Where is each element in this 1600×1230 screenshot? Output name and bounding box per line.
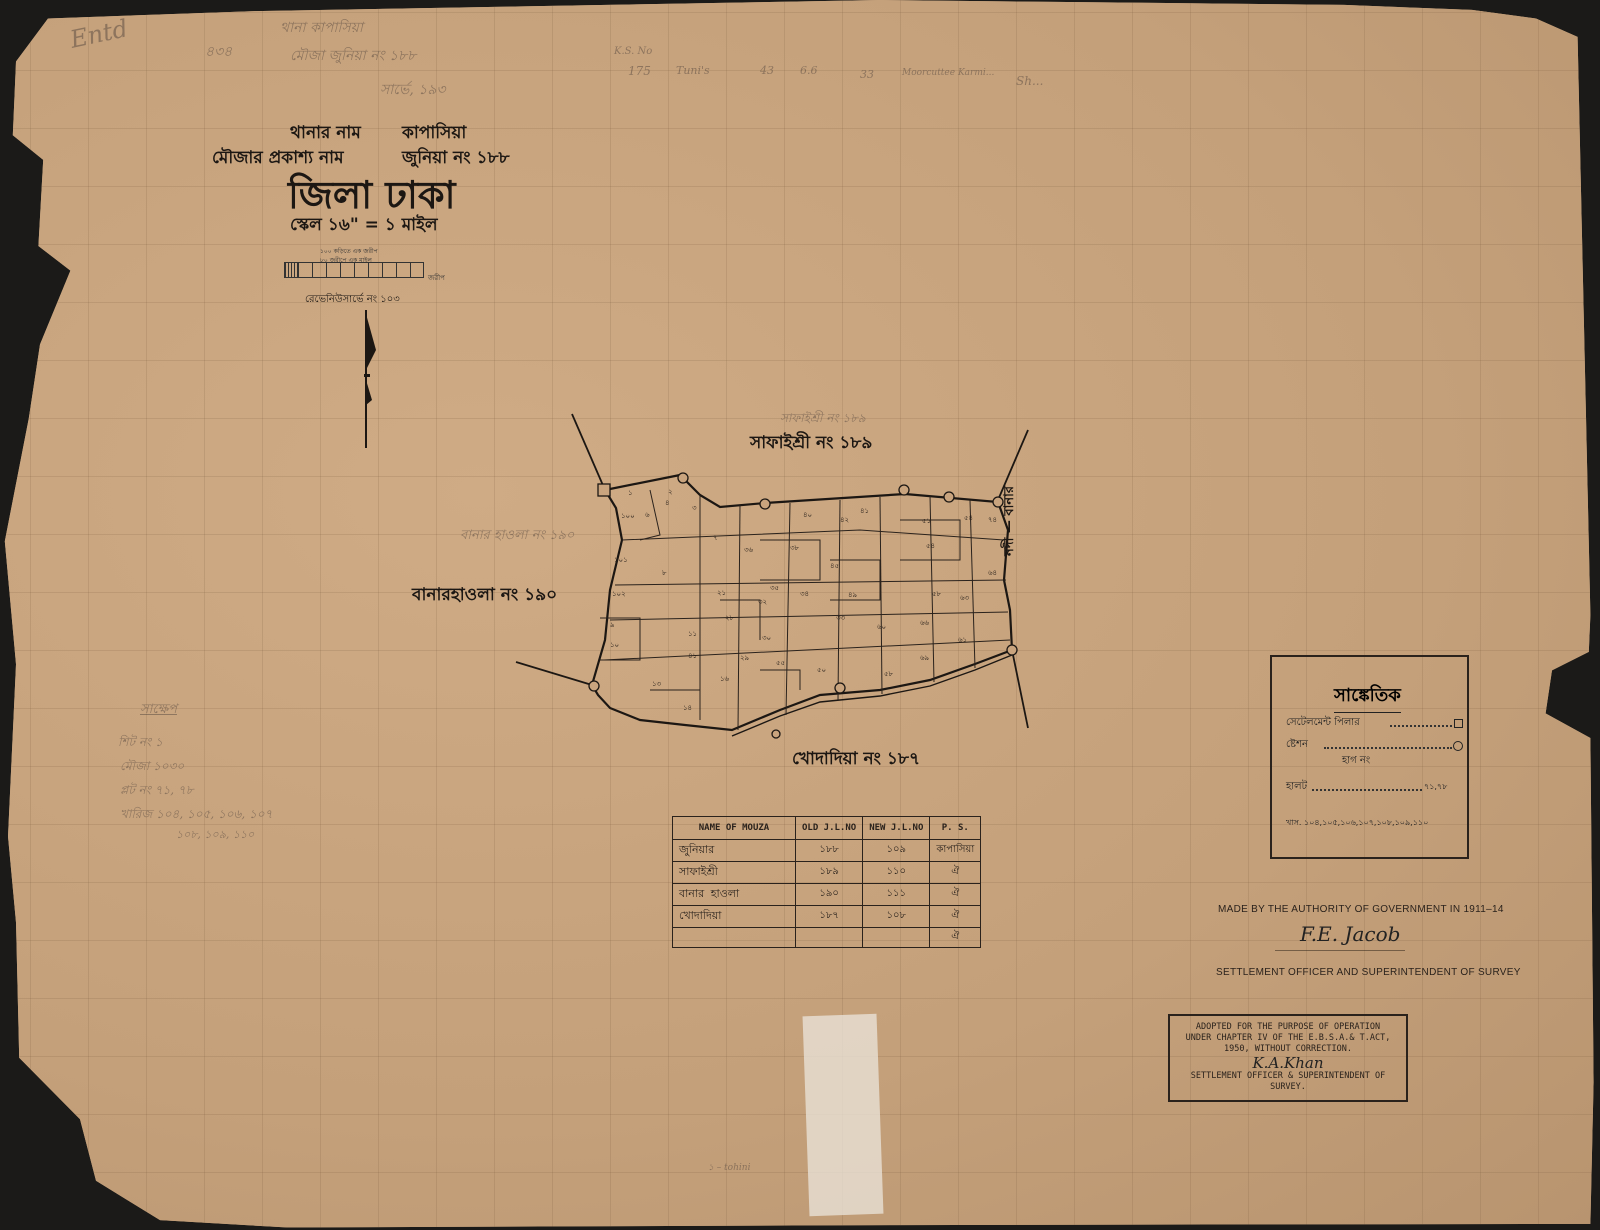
svg-text:১০১: ১০১ <box>614 556 628 564</box>
neighbor-south: খোদাদিয়া নং ১৮৭ <box>792 746 920 774</box>
svg-text:৬: ৬ <box>645 511 650 519</box>
cell-ps: ঐ <box>930 906 981 928</box>
pencil-north-neighbor: সাফাইশ্রী নং ১৮৯ <box>780 410 866 430</box>
cell-old: ১৮৮ <box>796 840 863 862</box>
svg-text:১৩: ১৩ <box>652 680 662 688</box>
table-row: বানার হাওলা ১৯০ ১১১ ঐ <box>673 884 981 906</box>
svg-text:২৮: ২৮ <box>725 614 735 622</box>
settlement-officer-signature: F.E. Jacob <box>1300 922 1400 946</box>
table-header-row: NAME OF MOUZA OLD J.L.NO NEW J.L.NO P. S… <box>673 817 981 840</box>
svg-text:৭: ৭ <box>713 534 718 542</box>
svg-text:৬৪: ৬৪ <box>988 569 997 577</box>
svg-text:৬১: ৬১ <box>958 636 967 644</box>
svg-text:১৬: ১৬ <box>720 675 730 683</box>
header-ps: P. S. <box>930 817 981 840</box>
cell-new: ১১০ <box>863 862 930 884</box>
legend-halot: হালট <box>1286 779 1307 796</box>
pencil-left-line2: মৌজা ১০৩০ <box>120 758 184 778</box>
svg-text:৫৪: ৫৪ <box>926 542 935 550</box>
svg-text:১০২: ১০২ <box>612 590 626 598</box>
stamp-line-5: SURVEY. <box>1170 1082 1406 1093</box>
cell-new: ১০৮ <box>863 906 930 928</box>
cell-name: বানার হাওলা <box>673 884 796 906</box>
settlement-officer-title: SETTLEMENT OFFICER AND SUPERINTENDENT OF… <box>1216 967 1521 978</box>
cell-ps: কাপাসিয়া <box>930 840 981 862</box>
pencil-west-neighbor: বানার হাওলা নং ১৯০ <box>460 526 574 547</box>
svg-text:৪৫: ৪৫ <box>830 562 839 570</box>
cell-old: ১৯০ <box>796 884 863 906</box>
pencil-left-line5: ১০৮, ১০৯, ১১০ <box>176 826 254 845</box>
pencil-left-title: সাক্ষেপ <box>140 700 177 721</box>
cell-old: ১৮৭ <box>796 906 863 928</box>
pencil-left-line4: খারিজ ১০৪, ১০৫, ১০৬, ১০৭ <box>120 806 272 826</box>
station-icon <box>1453 741 1463 751</box>
svg-text:১১: ১১ <box>688 630 697 638</box>
pencil-left-line1: শিট নং ১ <box>118 734 163 754</box>
authority-statement: MADE BY THE AUTHORITY OF GOVERNMENT IN 1… <box>1218 904 1504 915</box>
svg-text:৫০: ৫০ <box>817 666 826 674</box>
table-row: সাফাইশ্রী ১৮৯ ১১০ ঐ <box>673 862 981 884</box>
cell-name <box>673 928 796 948</box>
svg-text:১: ১ <box>628 489 633 497</box>
svg-text:১০০: ১০০ <box>621 512 635 520</box>
svg-text:১০: ১০ <box>610 641 619 649</box>
cell-new <box>863 928 930 948</box>
header-new-jl: NEW J.L.NO <box>863 817 930 840</box>
svg-text:৩৩: ৩৩ <box>836 614 846 622</box>
svg-text:৪১: ৪১ <box>688 652 697 660</box>
svg-text:৫৪: ৫৪ <box>964 514 973 522</box>
svg-text:৪২: ৪২ <box>840 516 849 524</box>
pencil-bottom-note: ১ – tohini <box>708 1160 750 1175</box>
adhesive-tape <box>803 1014 884 1216</box>
cell-name: জুনিয়ার <box>673 840 796 862</box>
neighbor-east: নদী — বানার <box>1000 486 1021 556</box>
svg-text:৩: ৩ <box>692 504 697 512</box>
header-old-jl: OLD J.L.NO <box>796 817 863 840</box>
svg-text:৬৯: ৬৯ <box>920 654 930 662</box>
cell-old: ১৮৯ <box>796 862 863 884</box>
svg-text:৬০: ৬০ <box>877 623 886 631</box>
svg-text:৫৮: ৫৮ <box>932 590 942 598</box>
svg-text:২৯: ২৯ <box>740 654 750 662</box>
settlement-pillar-icon <box>1454 719 1463 728</box>
header-name: NAME OF MOUZA <box>673 817 796 840</box>
svg-text:৫৫: ৫৫ <box>776 659 785 667</box>
svg-text:৬৩: ৬৩ <box>960 594 970 602</box>
table-row: জুনিয়ার ১৮৮ ১০৯ কাপাসিয়া <box>673 840 981 862</box>
svg-text:৮: ৮ <box>662 569 667 577</box>
svg-text:৪: ৪ <box>665 499 670 507</box>
svg-text:৪৯: ৪৯ <box>848 591 858 599</box>
svg-text:১৪: ১৪ <box>683 704 692 712</box>
cell-new: ১১১ <box>863 884 930 906</box>
svg-text:৩৫: ৩৫ <box>770 584 779 592</box>
legend-settlement-pillar: সেটেলমেন্ট পিলার <box>1286 715 1360 732</box>
svg-text:৩৪: ৩৪ <box>800 590 809 598</box>
cell-ps: ঐ <box>930 928 981 948</box>
svg-text:৩৬: ৩৬ <box>744 546 754 554</box>
svg-text:৫৮: ৫৮ <box>884 670 894 678</box>
stamp-signature: K.A.Khan <box>1170 1055 1406 1071</box>
cell-new: ১০৯ <box>863 840 930 862</box>
cell-ps: ঐ <box>930 862 981 884</box>
table-row: খোদাদিয়া ১৮৭ ১০৮ ঐ <box>673 906 981 928</box>
svg-text:৯: ৯ <box>610 621 615 629</box>
svg-text:৪১: ৪১ <box>860 507 869 515</box>
svg-text:৩২: ৩২ <box>758 598 767 606</box>
legend-station-sub: হাগ নং <box>1342 753 1370 770</box>
table-row: ঐ <box>673 928 981 948</box>
neighbor-west: বানারহাওলা নং ১৯০ <box>412 582 557 610</box>
svg-text:৫১: ৫১ <box>922 517 931 525</box>
cell-name: খোদাদিয়া <box>673 906 796 928</box>
svg-text:৭৪: ৭৪ <box>988 516 997 524</box>
stamp-line-4: SETTLEMENT OFFICER & SUPERINTENDENT OF <box>1170 1071 1406 1082</box>
svg-text:৩৮: ৩৮ <box>790 544 800 552</box>
svg-text:২: ২ <box>668 488 673 496</box>
svg-text:৬৬: ৬৬ <box>920 619 930 627</box>
stamp-line-2: UNDER CHAPTER IV OF THE E.B.S.A.& T.ACT, <box>1170 1033 1406 1044</box>
legend-title: সাঙ্কেতিক <box>1334 681 1401 713</box>
svg-text:৩০: ৩০ <box>762 634 771 642</box>
legend-station: ষ্টেশন <box>1286 737 1308 754</box>
pencil-left-line3: প্লট নং ৭১, ৭৮ <box>120 782 194 802</box>
adoption-stamp: ADOPTED FOR THE PURPOSE OF OPERATION UND… <box>1168 1014 1408 1102</box>
cell-ps: ঐ <box>930 884 981 906</box>
legend-box: সাঙ্কেতিক সেটেলমেন্ট পিলার ষ্টেশন হাগ নং… <box>1270 655 1469 859</box>
mouza-table: NAME OF MOUZA OLD J.L.NO NEW J.L.NO P. S… <box>672 816 981 948</box>
svg-text:৪০: ৪০ <box>803 511 812 519</box>
legend-khas: খাস. ১০৪,১০৫,১০৬,১০৭,১০৮,১০৯,১১০ <box>1286 817 1428 830</box>
cell-name: সাফাইশ্রী <box>673 862 796 884</box>
cell-old <box>796 928 863 948</box>
legend-halot-value: ৭১,৭৮ <box>1424 781 1447 794</box>
svg-text:২১: ২১ <box>717 589 726 597</box>
neighbor-north: সাফাইশ্রী নং ১৮৯ <box>750 430 872 458</box>
stamp-line-1: ADOPTED FOR THE PURPOSE OF OPERATION <box>1170 1022 1406 1033</box>
